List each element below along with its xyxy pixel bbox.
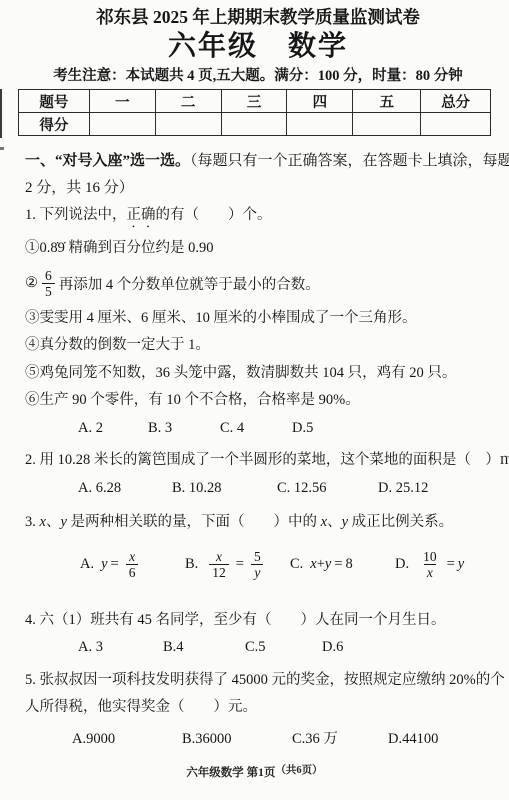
q3-stem-text: 成正比例关系。 [348, 514, 453, 530]
equals-sign: = [447, 551, 455, 579]
score-table-header-row: 题号 一 二 三 四 五 总分 [19, 90, 491, 113]
option-b: B. x 12 = 5 y [185, 549, 290, 580]
q3-stem-text: 3. [25, 514, 40, 530]
q1-item-2: ② 6 5 再添加 4 个分数单位就等于最小的合数。 [25, 263, 491, 305]
q1-stem-text: 1. 下列说法中， [25, 207, 127, 223]
question-2-stem: 2. 用 10.28 米长的篱笆围成了一个半圆形的菜地，这个菜地的面积是（ ）㎡… [25, 447, 491, 475]
question-1-options: A. 2 B. 3 C. 4 D.5 [25, 415, 491, 443]
equals-sign: = [236, 551, 244, 579]
question-5-stem-line1: 5. 张叔叔因一项科技发明获得了 45000 元的奖金，按照规定应缴纳 20%的… [25, 667, 491, 695]
fraction-numerator: 10 [420, 549, 440, 564]
option-b: B.36000 [182, 726, 292, 754]
section-1-heading-note-line2: 2 分，共 16 分） [25, 175, 491, 202]
equation-value: 8 [346, 551, 353, 579]
option-a: A. 2 [78, 415, 148, 443]
footer-page-count: （共6页） [275, 765, 322, 776]
exam-subtitle: 六年级 数学 [25, 31, 491, 63]
option-a: A. 6.28 [78, 475, 172, 503]
q3-stem-text: 、 [327, 514, 342, 530]
fraction: x 6 [126, 549, 139, 580]
score-header-cell: 五 [353, 90, 421, 113]
score-header-cell: 一 [89, 90, 155, 113]
fraction-denominator: 12 [209, 564, 229, 580]
option-d: D.6 [322, 634, 343, 662]
fraction: x 12 [209, 549, 229, 580]
fraction-numerator: x [126, 549, 138, 564]
score-row-label: 得分 [19, 113, 90, 136]
question-4-options: A. 3 B.4 C.5 D.6 [25, 634, 491, 662]
score-cell-empty [89, 113, 155, 136]
score-header-cell: 题号 [19, 90, 90, 113]
section-1-heading-note: （每题只有一个正确答案，在答题卡上填涂，每题 [190, 153, 509, 169]
q1-item-3: ③雯雯用 4 厘米、6 厘米、10 厘米的小棒围成了一个三角形。 [25, 305, 491, 333]
fraction-numerator: 6 [42, 268, 55, 283]
option-b: B.4 [163, 634, 245, 662]
option-label: D. [395, 551, 409, 579]
q1-item-2-text: 再添加 4 个分数单位就等于最小的合数。 [59, 273, 320, 294]
score-cell-empty [421, 113, 491, 136]
option-d: D.44100 [388, 726, 438, 754]
q1-item-1: ①0.8̇9̇ 精确到百分位约是 0.90 [25, 235, 491, 263]
score-header-cell: 四 [287, 90, 353, 113]
score-header-cell: 二 [155, 90, 221, 113]
fraction: 10 x [420, 549, 440, 580]
q3-stem-text: 、 [46, 514, 61, 530]
question-2-options: A. 6.28 B. 10.28 C. 12.56 D. 25.12 [25, 475, 491, 503]
option-label: A. [80, 551, 94, 579]
q1-stem-emphasis: 正确 [127, 207, 156, 223]
plus-sign: + [317, 551, 325, 579]
option-c: C. 4 [220, 415, 292, 443]
section-1-heading-bold: 一、“对号入座”选一选。 [25, 153, 190, 169]
section-1-heading: 一、“对号入座”选一选。（每题只有一个正确答案，在答题卡上填涂，每题 [25, 148, 491, 175]
option-c: C.5 [245, 634, 322, 662]
q1-item-5: ⑤鸡兔同笼不知数，36 头笼中露，数清脚数共 104 只，鸡有 20 只。 [25, 360, 491, 388]
score-table: 题号 一 二 三 四 五 总分 得分 [18, 89, 491, 136]
score-header-cell: 三 [221, 90, 287, 113]
question-5-stem-line2: 人所得税，他实得奖金（ ）元。 [25, 694, 491, 722]
equals-sign: = [111, 551, 119, 579]
page-footer: 六年级数学 第1页（共6页） [0, 762, 509, 780]
equation-variable: y [325, 551, 331, 579]
q3-stem-text: 是两种相关联的量，下面（ ）中的 [67, 514, 321, 530]
fraction: 5 y [251, 549, 264, 580]
q1-item-4: ④真分数的倒数一定大于 1。 [25, 332, 491, 360]
fraction-numerator: 5 [251, 549, 264, 564]
score-header-cell: 总分 [421, 90, 491, 113]
q1-stem-text: 的有（ ）个。 [156, 207, 272, 223]
option-a: A. y = x 6 [80, 549, 185, 580]
candidate-notice: 考生注意：本试题共 4 页,五大题。满分：100 分，时量：80 分钟 [25, 66, 491, 86]
scan-artifact [0, 89, 2, 138]
score-table-score-row: 得分 [19, 113, 491, 136]
score-cell-empty [155, 113, 221, 136]
equation-variable: y [458, 551, 464, 579]
score-cell-empty [353, 113, 421, 136]
question-4-stem: 4. 六（1）班共有 45 名同学，至少有（ ）人在同一个月生日。 [25, 607, 491, 635]
fraction-denominator: x [424, 564, 436, 580]
score-cell-empty [287, 113, 353, 136]
option-a: A. 3 [78, 634, 163, 662]
question-5-options: A.9000 B.36000 C.36 万 D.44100 [25, 726, 491, 754]
scan-artifact [0, 147, 4, 150]
option-d: D. 25.12 [378, 475, 428, 503]
option-b: B. 10.28 [172, 475, 277, 503]
option-d: D. 10 x = y [395, 549, 464, 580]
fraction: 6 5 [42, 268, 55, 299]
option-label: B. [185, 551, 198, 579]
fraction-numerator: x [213, 549, 225, 564]
option-c: C.36 万 [292, 726, 388, 754]
fraction-denominator: 6 [126, 564, 139, 580]
q1-item-2-marker: ② [25, 275, 38, 292]
option-d: D.5 [292, 415, 313, 443]
fraction-denominator: y [251, 564, 263, 580]
option-a: A.9000 [72, 726, 182, 754]
option-label: C. [290, 551, 303, 579]
question-1-stem: 1. 下列说法中，正确的有（ ）个。 [25, 202, 491, 231]
exam-title: 祁东县 2025 年上期期末教学质量监测试卷 [25, 6, 491, 28]
option-c: C. 12.56 [277, 475, 378, 503]
score-cell-empty [221, 113, 287, 136]
equation-variable: y [101, 551, 107, 579]
option-b: B. 3 [148, 415, 220, 443]
exam-page: 祁东县 2025 年上期期末教学质量监测试卷 六年级 数学 考生注意：本试题共 … [0, 0, 509, 800]
option-c: C. x + y = 8 [290, 551, 395, 579]
question-3-stem: 3. x、y 是两种相关联的量，下面（ ）中的 x、y 成正比例关系。 [25, 509, 491, 537]
q1-item-6: ⑥生产 90 个零件，有 10 个不合格，合格率是 90%。 [25, 387, 491, 415]
question-3-options: A. y = x 6 B. x 12 = 5 y C. x + y = [25, 537, 491, 593]
equals-sign: = [334, 551, 342, 579]
footer-text: 六年级数学 第1页 [186, 767, 275, 779]
fraction-denominator: 5 [42, 283, 55, 299]
